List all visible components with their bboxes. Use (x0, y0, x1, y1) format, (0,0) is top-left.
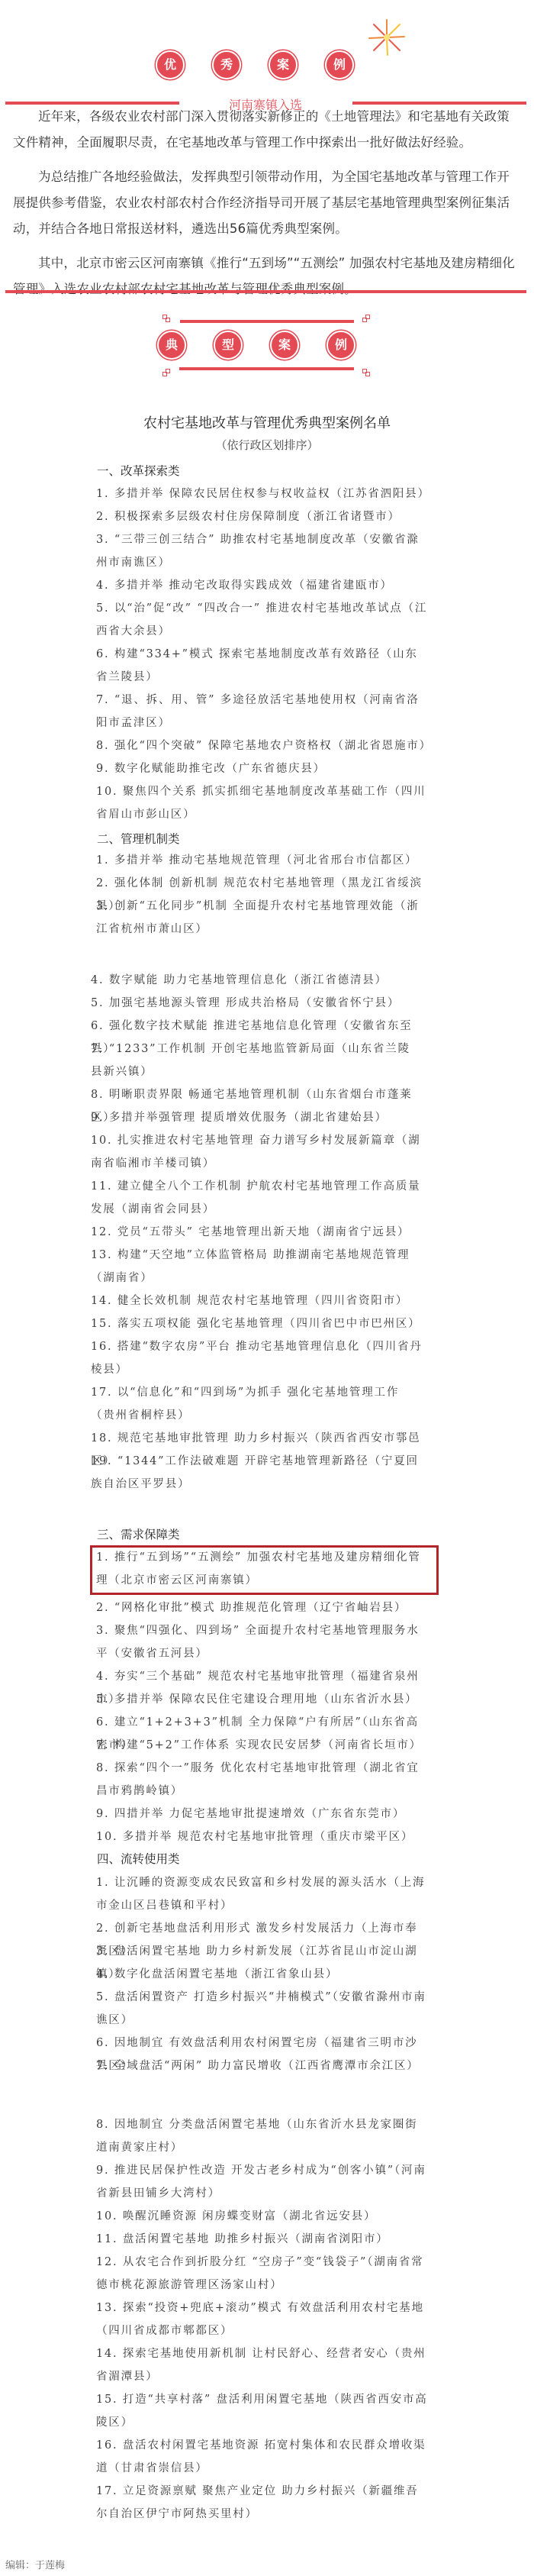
list-item: 12. 从农宅合作到折股分红 “空房子”变“钱袋子”（湖南省常德市桃花源旅游管理… (96, 2251, 428, 2297)
badge-char: 秀 (212, 50, 241, 79)
list-item: 3. “三带三创三结合” 助推农村宅基地制度改革（安徽省滁州市南谯区） (96, 528, 428, 574)
intro-paragraph: 为总结推广各地经验做法，发挥典型引领带动作用，为全国宅基地改革与管理工作开展提供… (13, 164, 521, 242)
list-item: 7. 全域盘活“两闲” 助力富民增收（江西省鹰潭市余江区） (96, 2055, 428, 2077)
badge-char: 型 (214, 331, 243, 360)
list-item: 12. 党员“五带头” 宅基地管理出新天地（湖南省宁远县） (91, 1221, 423, 1244)
list-item: 5. 加强宅基地源头管理 形成共治格局（安徽省怀宁县） (91, 992, 423, 1015)
list-item: 9. 数字化赋能助推宅改（广东省德庆县） (96, 757, 428, 780)
list-item: 5. 以“治”促“改” “四改合一” 推进农村宅基地改革试点（江西省大余县） (96, 597, 428, 643)
list-item: 8. 因地制宜 分类盘活闲置宅基地（山东省沂水县龙家圈街道南黄家庄村） (96, 2113, 428, 2159)
list-item: 7. “退、拆、用、管” 多途径放活宅基地使用权（河南省洛阳市孟津区） (96, 689, 428, 734)
list-item: 13. 构建“天空地”立体监管格局 助推湖南宅基地规范管理（湖南省） (91, 1244, 423, 1290)
badge-char: 案 (270, 331, 299, 360)
badge-char: 优 (156, 50, 185, 79)
list-item: 1. 多措并举 推动宅基地规范管理（河北省邢台市信都区） (96, 849, 428, 872)
excellent-case-banner: 优 秀 案 例 (0, 44, 534, 87)
firework-icon (366, 17, 407, 58)
list-item: 2. 积极探索多层级农村住房保障制度（浙江省诸暨市） (96, 505, 428, 528)
list-item: 6. 构建“334+”模式 探索宅基地制度改革有效路径（山东省兰陵县） (96, 643, 428, 689)
list-item: 2. “网格化审批”模式 助推规范化管理（辽宁省岫岩县） (96, 1596, 428, 1619)
badge-char: 典 (157, 331, 186, 360)
list-item: 10. 扎实推进农村宅基地管理 奋力谱写乡村发展新篇章（湖南省临湘市羊楼司镇） (91, 1129, 423, 1175)
section-heading: 三、需求保障类 (97, 1525, 180, 1542)
list-item: 4. 多措并举 推动宅改取得实践成效（福建省建瓯市） (96, 574, 428, 597)
list-item: 5. 多措并举 保障农民住宅建设合理用地（山东省沂水县） (96, 1688, 428, 1711)
list-item: 10. 多措并举 规范农村宅基地审批管理（重庆市梁平区） (96, 1825, 428, 1848)
badge-char: 例 (325, 50, 354, 79)
list-item: 1. 多措并举 保障农民居住权参与权收益权（江苏省泗阳县） (96, 483, 428, 505)
list-item: 14. 健全长效机制 规范农村宅基地管理（四川省资阳市） (91, 1290, 423, 1312)
list-item: 10. 聚焦四个关系 抓实抓细宅基地制度改革基础工作（四川省眉山市彭山区） (96, 780, 428, 826)
list-item: 1. 让沉睡的资源变成农民致富和乡村发展的源头活水（上海市金山区吕巷镇和平村） (96, 1871, 428, 1917)
list-item: 9. 四措并举 力促宅基地审批提速增效（广东省东莞市） (96, 1803, 428, 1825)
editor-credit: 编辑：于莲梅 (5, 2557, 65, 2571)
list-item: 13. 探索“投资+兜底+滚动”模式 有效盘活利用农村宅基地（四川省成都市郫都区… (96, 2297, 428, 2342)
section-heading: 一、改革探索类 (97, 462, 180, 479)
corner-ornament-icon (162, 315, 170, 322)
section-heading: 四、流转使用类 (97, 1850, 180, 1867)
list-item: 17. 立足资源禀赋 聚焦产业定位 助力乡村振兴（新疆维吾尔自治区伊宁市阿热买里… (96, 2480, 428, 2526)
list-item: 8. 强化“四个突破” 保障宅基地农户资格权（湖北省恩施市） (96, 734, 428, 757)
list-item: 15. 落实五项权能 强化宅基地管理（四川省巴中市巴州区） (91, 1312, 423, 1335)
section-heading: 二、管理机制类 (97, 830, 180, 847)
highlighted-list-item: 1. 推行“五到场”“五测绘” 加强农村宅基地及建房精细化管理（北京市密云区河南… (96, 1546, 428, 1592)
document-title: 农村宅基地改革与管理优秀典型案例名单 (0, 412, 534, 432)
list-item: 11. 盘活闲置宅基地 助推乡村振兴（湖南省浏阳市） (96, 2228, 428, 2251)
list-item: 5. 盘活闲置资产 打造乡村振兴“井楠模式”（安徽省滁州市南谯区） (96, 1986, 428, 2032)
list-item: 9. 推进民居保护性改造 开发古老乡村成为“创客小镇”（河南省新县田铺乡大湾村） (96, 2159, 428, 2205)
list-item: 3. 聚焦“四强化、四到场” 全面提升农村宅基地管理服务水平（安徽省五河县） (96, 1619, 428, 1665)
corner-ornament-icon (362, 369, 370, 376)
badge-char: 例 (327, 331, 355, 360)
list-item: 8. 探索“四个一”服务 优化农村宅基地审批管理（湖北省宜昌市鸦鹊岭镇） (96, 1757, 428, 1803)
list-item: 7. 构建“5+2”工作体系 实现农民安居梦（河南省长垣市） (96, 1734, 428, 1757)
list-item: 14. 探索宅基地使用新机制 让村民舒心、经营者安心（贵州省湄潭县） (96, 2342, 428, 2388)
list-item: 19. “1344”工作法破难题 开辟宅基地管理新路径（宁夏回族自治区平罗县） (91, 1450, 423, 1496)
document-subtitle: （依行政区划排序） (0, 437, 534, 453)
list-item: 7. “1233”工作机制 开创宅基地监管新局面（山东省兰陵县新兴镇） (91, 1038, 423, 1083)
list-item: 10. 唤醒沉睡资源 闲房蝶变财富（湖北省远安县） (96, 2205, 428, 2228)
list-item: 16. 搭建“数字农房”平台 推动宅基地管理信息化（四川省丹棱县） (91, 1335, 423, 1381)
list-item: 17. 以“信息化”和“四到场”为抓手 强化宅基地管理工作（贵州省桐梓县） (91, 1381, 423, 1427)
list-item: 4. 数字化盘活闲置宅基地（浙江省象山县） (96, 1963, 428, 1986)
list-item: 4. 数字赋能 助力宅基地管理信息化（浙江省德清县） (91, 969, 423, 992)
list-item: 11. 建立健全八个工作机制 护航农村宅基地管理工作高质量发展（湖南省会同县） (91, 1175, 423, 1221)
intro-paragraph: 近年来，各级农业农村部门深入贯彻落实新修正的《土地管理法》和宅基地有关政策文件精… (13, 104, 521, 156)
list-item: 15. 打造“共享村落” 盘活利用闲置宅基地（陕西省西安市高陵区） (96, 2388, 428, 2434)
banner-bottom-line (179, 367, 354, 370)
corner-ornament-icon (362, 315, 370, 322)
section-divider (5, 290, 526, 293)
list-item: 16. 盘活农村闲置宅基地资源 拓宽村集体和农民群众增收渠道（甘肃省崇信县） (96, 2434, 428, 2480)
list-item: 9. 多措并举强管理 提质增效优服务（湖北省建始县） (91, 1106, 423, 1129)
banner-top-line (180, 320, 354, 323)
badge-char: 案 (269, 50, 298, 79)
intro-paragraph: 其中，北京市密云区河南寨镇《推行“五到场”“五测绘” 加强农村宅基地及建房精细化… (13, 250, 521, 302)
list-item: 3. 创新“五化同步”机制 全面提升农村宅基地管理效能（浙江省杭州市萧山区） (96, 895, 428, 941)
corner-ornament-icon (162, 369, 170, 376)
typical-case-banner: 典 型 案 例 (0, 313, 534, 382)
